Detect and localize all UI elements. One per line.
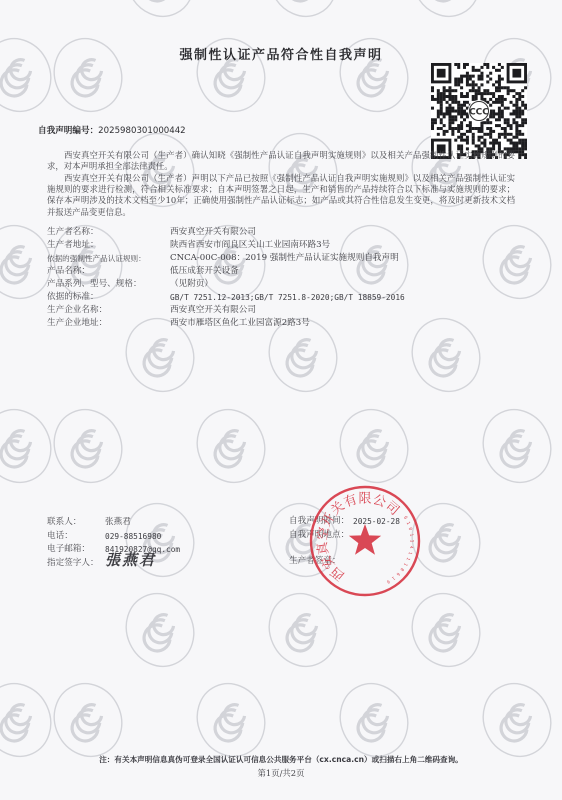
field-label: 产品系列、型号、规格：: [47, 278, 170, 291]
field-value: 西安真空开关有限公司: [170, 304, 256, 317]
svg-text:1: 1: [408, 533, 414, 537]
svg-text:限: 限: [358, 492, 371, 507]
svg-text:1: 1: [405, 556, 412, 561]
field-label: 生产企业地址：: [47, 317, 170, 330]
field-value: 低压成套开关设备: [170, 265, 239, 278]
field-value: CNCA-00C-008：2019 强制性产品认证实施规则自我声明: [170, 252, 399, 265]
field-value: 西安市雁塔区鱼化工业园富源2路3号: [170, 317, 310, 330]
svg-text:8: 8: [399, 566, 406, 572]
svg-text:1: 1: [405, 521, 412, 526]
field-label: 产品名称：: [47, 265, 170, 278]
contact-person-label: 联系人：: [47, 516, 105, 530]
field-manufacturer-address: 生产企业地址： 西安市雁塔区鱼化工业园富源2路3号: [47, 317, 527, 330]
field-label: 依据的强制性产品认证规则：: [47, 252, 170, 265]
document-title: 强制性认证产品符合性自我声明: [0, 44, 562, 63]
field-label: 生产者地址：: [47, 239, 170, 252]
svg-text:6: 6: [402, 515, 409, 521]
field-label: 生产者名称：: [47, 226, 170, 239]
contact-email-label: 电子邮箱：: [47, 543, 105, 557]
declaration-number-value: 2025980301000442: [98, 126, 185, 136]
field-certification-rule: 依据的强制性产品认证规则： CNCA-00C-008：2019 强制性产品认证实…: [47, 252, 527, 265]
contact-signatory-label: 指定签字人：: [47, 557, 105, 571]
field-label: 生产企业名称：: [47, 304, 170, 317]
svg-text:CCC: CCC: [469, 108, 489, 118]
contact-person: 联系人： 张燕君: [47, 516, 287, 530]
contact-block: 联系人： 张燕君 电话： 029-88516980 电子邮箱： 84192082…: [47, 516, 287, 570]
footer-note: 注：有关本声明信息真伪可登录全国认证认可信息公共服务平台（cx.cnca.cn）…: [0, 754, 562, 765]
page-indicator: 第1页/共2页: [0, 767, 562, 779]
svg-text:1: 1: [402, 562, 409, 568]
product-fields: 生产者名称： 西安真空开关有限公司 生产者地址： 陕西省西安市阎良区关山工业园南…: [47, 226, 527, 330]
contact-phone-label: 电话：: [47, 530, 105, 544]
field-value: 西安真空开关有限公司: [170, 226, 256, 239]
field-value: GB/T 7251.12-2013;GB/T 7251.8-2020;GB/T …: [170, 291, 405, 304]
svg-text:9: 9: [385, 578, 391, 585]
paragraph-acknowledgement: 西安真空开关有限公司（生产者）确认知晓《强制性产品认证自我声明实施规则》以及相关…: [47, 150, 515, 172]
field-manufacturer-name: 生产企业名称： 西安真空开关有限公司: [47, 304, 527, 317]
company-seal-stamp: 西安真空开关有限公司6101141118619: [308, 484, 422, 598]
field-product-series: 产品系列、型号、规格： （见附页）: [47, 278, 527, 291]
field-value: （见附页）: [170, 278, 213, 291]
field-producer-address: 生产者地址： 陕西省西安市阎良区关山工业园南环路3号: [47, 239, 527, 252]
svg-text:1: 1: [407, 551, 414, 555]
field-standards: 依据的标准： GB/T 7251.12-2013;GB/T 7251.8-202…: [47, 291, 527, 304]
svg-text:1: 1: [390, 575, 396, 582]
svg-text:4: 4: [408, 545, 414, 549]
qr-code-icon[interactable]: CCC: [431, 63, 527, 159]
paragraph-declaration: 西安真空开关有限公司（生产者）声明以下产品已按照《强制性产品认证自我声明实施规则…: [47, 173, 515, 218]
svg-text:6: 6: [395, 571, 401, 577]
declaration-number: 自我声明编号：2025980301000442: [38, 124, 186, 136]
svg-text:0: 0: [407, 527, 414, 531]
field-label: 依据的标准：: [47, 291, 170, 304]
contact-phone: 电话： 029-88516980: [47, 530, 287, 544]
contact-signatory: 指定签字人： 張燕君: [47, 557, 287, 571]
svg-text:1: 1: [409, 540, 415, 543]
contact-person-value: 张燕君: [105, 516, 131, 530]
field-value: 陕西省西安市阎良区关山工业园南环路3号: [170, 239, 330, 252]
field-producer-name: 生产者名称： 西安真空开关有限公司: [47, 226, 527, 239]
declaration-number-label: 自我声明编号：: [38, 126, 98, 136]
field-product-name: 产品名称： 低压成套开关设备: [47, 265, 527, 278]
contact-email: 电子邮箱： 841920827@qq.com: [47, 543, 287, 557]
contact-phone-value: 029-88516980: [105, 530, 161, 544]
handwritten-signature: 張燕君: [105, 554, 156, 571]
